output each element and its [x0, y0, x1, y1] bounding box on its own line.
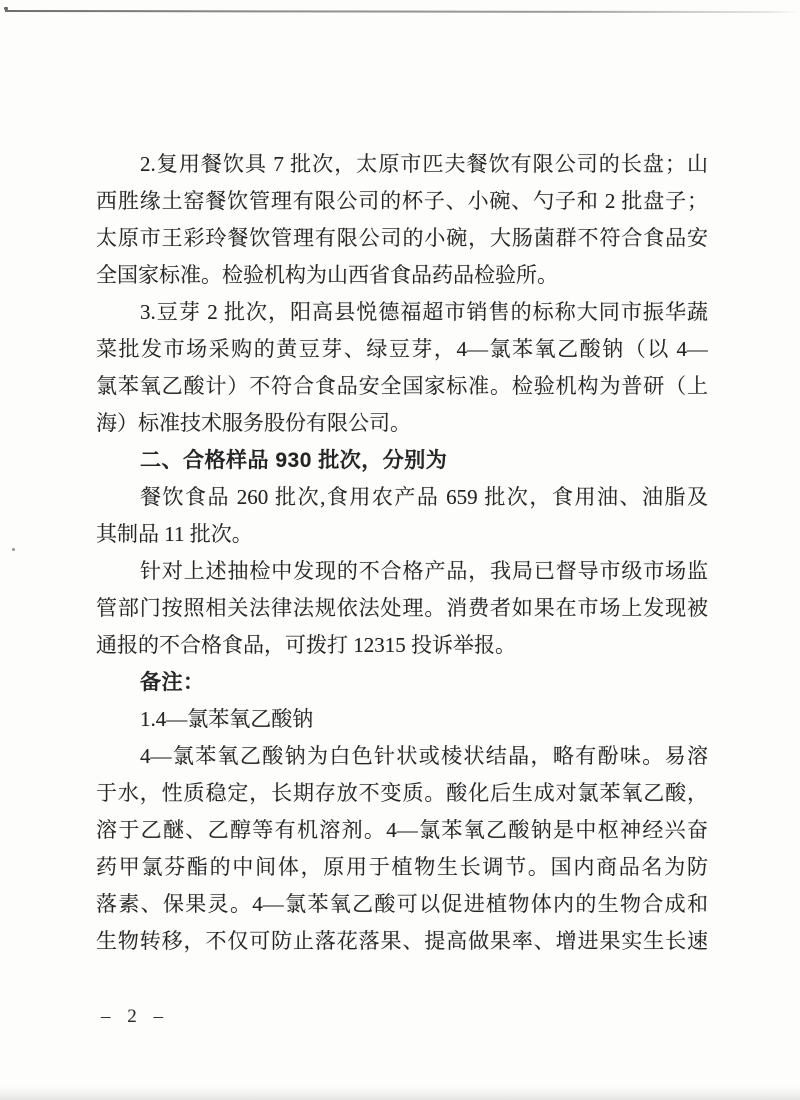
text-line: 餐饮食品 260 批次,食用农产品 659 批次，食用油、油脂及 — [96, 479, 708, 516]
document-body: 2.复用餐饮具 7 批次，太原市匹夫餐饮有限公司的长盘；山西胜缘土窑餐饮管理有限… — [96, 146, 708, 960]
scan-bottom-edge-band — [0, 1086, 800, 1100]
text-line: 通报的不合格食品，可拨打 12315 投诉举报。 — [96, 627, 708, 664]
text-line: 管部门按照相关法律法规依法处理。消费者如果在市场上发现被 — [96, 590, 708, 627]
text-line: 药甲氯芬酯的中间体，原用于植物生长调节。国内商品名为防 — [96, 849, 708, 886]
document-lines: 2.复用餐饮具 7 批次，太原市匹夫餐饮有限公司的长盘；山西胜缘土窑餐饮管理有限… — [96, 146, 708, 960]
scan-left-speck — [12, 548, 15, 551]
text-line: 其制品 11 批次。 — [96, 516, 708, 553]
text-line: 于水，性质稳定，长期存放不变质。酸化后生成对氯苯氧乙酸， — [96, 775, 708, 812]
text-line: 落素、保果灵。4—氯苯氧乙酸可以促进植物体内的生物合成和 — [96, 886, 708, 923]
scan-corner-speck — [4, 7, 8, 10]
text-line: 氯苯氧乙酸计）不符合食品安全国家标准。检验机构为普研（上 — [96, 368, 708, 405]
text-line: 海）标准技术服务股份有限公司。 — [96, 405, 708, 442]
text-line: 1.4—氯苯氧乙酸钠 — [96, 701, 708, 738]
text-line: 西胜缘土窑餐饮管理有限公司的杯子、小碗、勺子和 2 批盘子； — [96, 183, 708, 220]
page-number: – 2 – — [101, 1005, 169, 1029]
text-line: 二、合格样品 930 批次，分别为 — [96, 442, 708, 479]
text-line: 4—氯苯氧乙酸钠为白色针状或棱状结晶，略有酚味。易溶 — [96, 738, 708, 775]
scanned-page: 2.复用餐饮具 7 批次，太原市匹夫餐饮有限公司的长盘；山西胜缘土窑餐饮管理有限… — [0, 0, 800, 1100]
text-line: 溶于乙醚、乙醇等有机溶剂。4—氯苯氧乙酸钠是中枢神经兴奋 — [96, 812, 708, 849]
scan-top-edge-line — [5, 10, 800, 13]
text-line: 3.豆芽 2 批次，阳高县悦德福超市销售的标称大同市振华蔬 — [96, 294, 708, 331]
text-line: 备注： — [96, 664, 708, 701]
text-line: 全国家标准。检验机构为山西省食品药品检验所。 — [96, 257, 708, 294]
text-line: 生物转移，不仅可防止落花落果、提高做果率、增进果实生长速 — [96, 923, 708, 960]
text-line: 菜批发市场采购的黄豆芽、绿豆芽，4—氯苯氧乙酸钠（以 4— — [96, 331, 708, 368]
text-line: 2.复用餐饮具 7 批次，太原市匹夫餐饮有限公司的长盘；山 — [96, 146, 708, 183]
text-line: 太原市王彩玲餐饮管理有限公司的小碗，大肠菌群不符合食品安 — [96, 220, 708, 257]
text-line: 针对上述抽检中发现的不合格产品，我局已督导市级市场监 — [96, 553, 708, 590]
